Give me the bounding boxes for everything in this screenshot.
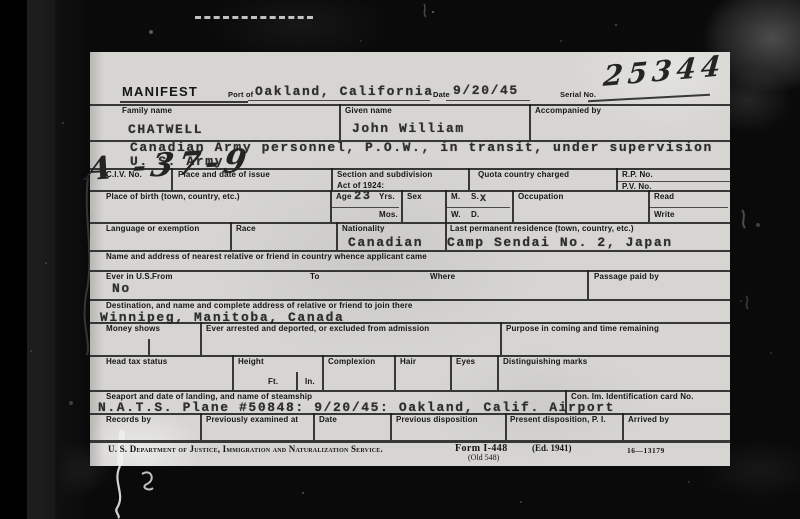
serial-label: Serial No. xyxy=(560,91,596,99)
mos-label: Mos. xyxy=(379,211,398,220)
to-label: To xyxy=(310,273,319,282)
form-line xyxy=(587,270,589,299)
previously-examined-label: Previously examined at xyxy=(206,416,298,425)
manifest-title: MANIFEST xyxy=(122,85,198,99)
form-line xyxy=(330,190,332,222)
film-dust-speckles xyxy=(0,0,2,2)
previous-disposition-label: Previous disposition xyxy=(396,416,478,425)
hair-label: Hair xyxy=(400,358,416,367)
form-line xyxy=(200,322,202,355)
language-label: Language or exemption xyxy=(106,225,199,234)
form-line xyxy=(497,355,499,390)
form-line xyxy=(505,413,507,440)
form-line xyxy=(445,190,447,222)
form-line xyxy=(500,322,502,355)
accompanied-by-label: Accompanied by xyxy=(535,107,601,116)
nearest-relative-label: Name and address of nearest relative or … xyxy=(106,253,427,262)
given-name-value: John William xyxy=(352,121,465,136)
form-line xyxy=(446,100,530,101)
occupation-label: Occupation xyxy=(518,193,564,202)
present-disposition-label: Present disposition, P. I. xyxy=(510,416,606,425)
read-label: Read xyxy=(654,193,674,202)
nationality-label: Nationality xyxy=(342,225,385,234)
ft-label: Ft. xyxy=(268,378,278,387)
form-edition: (Ed. 1941) xyxy=(532,443,572,453)
distinguishing-marks-label: Distinguishing marks xyxy=(503,358,587,367)
in-label: In. xyxy=(305,378,315,387)
film-scratch-mark xyxy=(195,16,313,19)
given-name-label: Given name xyxy=(345,107,392,116)
money-shows-label: Money shows xyxy=(106,325,160,334)
nationality-value: Canadian xyxy=(348,235,423,250)
form-line xyxy=(90,104,730,106)
arrived-by-label: Arrived by xyxy=(628,416,669,425)
form-line xyxy=(622,413,624,440)
form-line xyxy=(468,168,470,190)
form-line xyxy=(313,413,315,440)
date-label: Date xyxy=(433,91,450,99)
form-line xyxy=(390,413,392,440)
married-label: M. xyxy=(451,193,460,202)
section-subdivision-label: Section and subdivision xyxy=(337,171,432,180)
form-line xyxy=(401,190,403,222)
race-label: Race xyxy=(236,225,256,234)
eyes-label: Eyes xyxy=(456,358,475,367)
form-line xyxy=(588,94,710,102)
place-of-birth-label: Place of birth (town, country, etc.) xyxy=(106,193,240,202)
form-line xyxy=(648,190,650,222)
form-line xyxy=(529,104,531,140)
date-value: 9/20/45 xyxy=(453,83,519,98)
age-label: Age xyxy=(336,193,352,202)
civ-no-handwritten: A -37-9 xyxy=(84,141,254,188)
form-line xyxy=(331,168,333,190)
form-line xyxy=(148,339,150,355)
form-line xyxy=(447,207,510,208)
yrs-label: Yrs. xyxy=(379,193,395,202)
form-line xyxy=(90,440,730,443)
form-line xyxy=(332,207,399,208)
form-line xyxy=(322,355,324,390)
form-line xyxy=(394,355,396,390)
purpose-label: Purpose in coming and time remaining xyxy=(506,325,659,334)
form-line xyxy=(200,413,202,440)
divorced-label: D. xyxy=(471,211,479,220)
sex-label: Sex xyxy=(407,193,422,202)
residence-label: Last permanent residence (town, country,… xyxy=(450,225,634,234)
records-by-label: Records by xyxy=(106,416,151,425)
quota-country-label: Quota country charged xyxy=(478,171,569,180)
records-date-label: Date xyxy=(319,416,337,425)
passage-paid-label: Passage paid by xyxy=(594,273,659,282)
agency-imprint: U. S. Department of Justice, Immigration… xyxy=(108,444,383,454)
old-form-number: (Old 548) xyxy=(468,453,499,462)
where-label: Where xyxy=(430,273,455,282)
form-line xyxy=(232,355,234,390)
single-x-mark: X xyxy=(480,194,488,205)
age-value: 23 xyxy=(354,189,372,203)
form-line xyxy=(339,104,341,140)
manifest-card: MANIFEST Port of Oakland, California Dat… xyxy=(90,52,730,466)
microfilm-scan-frame: MANIFEST Port of Oakland, California Dat… xyxy=(0,0,800,519)
form-line xyxy=(120,101,248,103)
family-name-value: CHATWELL xyxy=(128,122,203,137)
family-name-label: Family name xyxy=(122,107,172,116)
head-tax-label: Head tax status xyxy=(106,358,167,367)
from-label: From xyxy=(152,273,173,282)
form-line xyxy=(450,355,452,390)
form-line xyxy=(296,372,298,390)
complexion-label: Complexion xyxy=(328,358,375,367)
form-line xyxy=(616,168,618,190)
ever-arrested-label: Ever arrested and deported, or excluded … xyxy=(206,325,429,334)
port-label: Port of xyxy=(228,91,253,99)
print-code: 16—13179 xyxy=(627,446,665,455)
form-line xyxy=(248,100,430,101)
single-label: S. xyxy=(471,193,479,202)
form-line xyxy=(230,222,232,250)
write-label: Write xyxy=(654,211,675,220)
form-line xyxy=(650,207,728,208)
height-label: Height xyxy=(238,358,264,367)
residence-value: Camp Sendai No. 2, Japan xyxy=(447,235,673,250)
form-line xyxy=(512,190,514,222)
rp-no-label: R.P. No. xyxy=(622,171,653,180)
port-value: Oakland, California xyxy=(255,84,434,99)
serial-value-handwritten: 25344 xyxy=(602,49,727,93)
ever-in-us-value: No xyxy=(112,281,131,296)
widowed-label: W. xyxy=(451,211,461,220)
form-line xyxy=(336,222,338,250)
